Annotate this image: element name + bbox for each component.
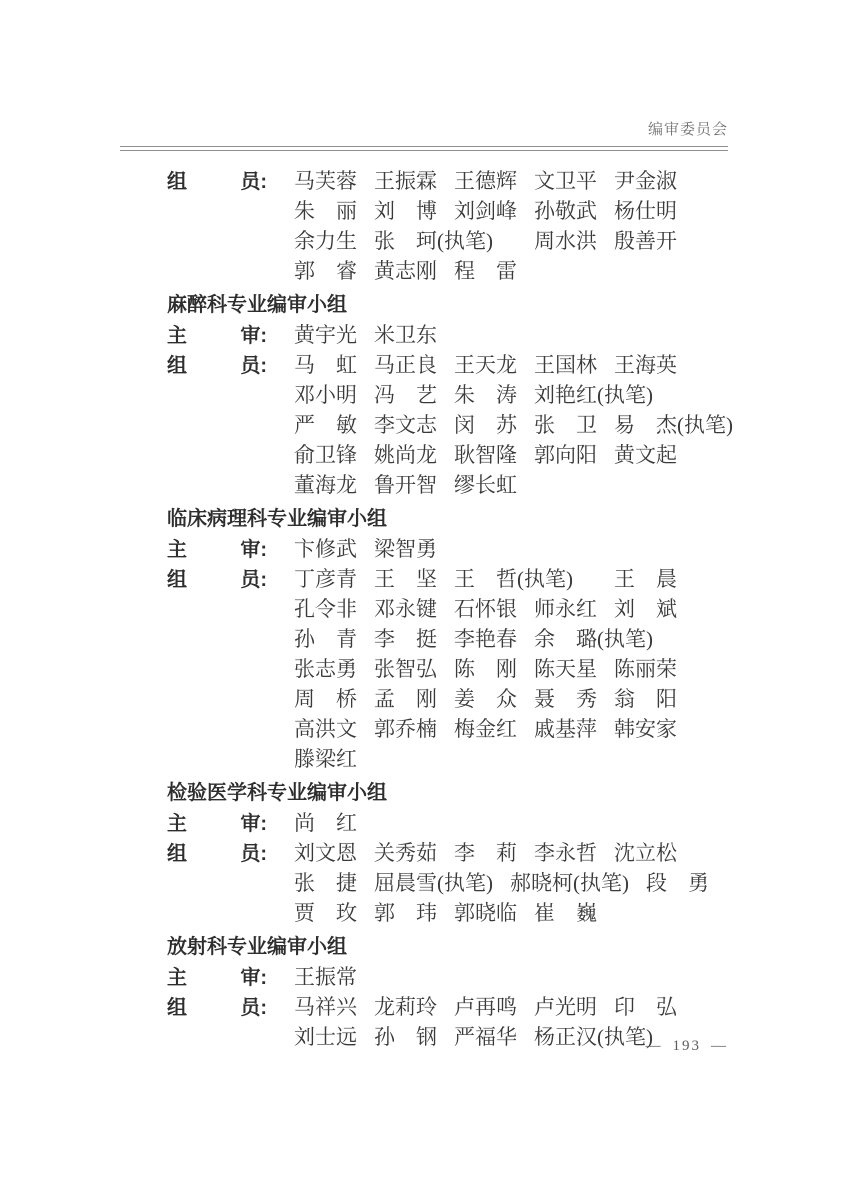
member-name: 杨仕明 — [614, 196, 677, 226]
member-name: 王振常 — [294, 962, 357, 992]
header-double-rule — [120, 146, 728, 151]
member-row: 俞卫锋姚尚龙耿智隆郭向阳黄文起 — [167, 440, 767, 470]
member-name: 孙敬武 — [534, 196, 597, 226]
role-label-rest: 员: — [240, 351, 267, 381]
member-row: 张 捷屈晨雪(执笔)郝晓柯(执笔)段 勇 — [167, 868, 767, 898]
member-name: 印 弘 — [614, 992, 677, 1022]
member-name: 严福华 — [454, 1022, 517, 1052]
member-name: 石怀银 — [454, 594, 517, 624]
section: 组员:马芙蓉王振霖王德辉文卫平尹金淑朱 丽刘 博刘剑峰孙敬武杨仕明余力生张 珂(… — [167, 166, 767, 286]
member-name: 闵 苏 — [454, 410, 517, 440]
member-name: 黄文起 — [614, 440, 677, 470]
member-name: 丁彦青 — [294, 564, 357, 594]
member-row: 周 桥孟 刚姜 众聂 秀翁 阳 — [167, 684, 767, 714]
member-name: 杨正汉(执笔) — [534, 1022, 653, 1052]
member-name: 贾 玫 — [294, 898, 357, 928]
member-name: 易 杰(执笔) — [614, 410, 733, 440]
member-row: 孙 青李 挺李艳春余 璐(执笔) — [167, 624, 767, 654]
member-name: 余力生 — [294, 226, 357, 256]
member-name: 鲁开智 — [374, 470, 437, 500]
member-name: 李 挺 — [374, 624, 437, 654]
member-row: 贾 玫郭 玮郭晓临崔 巍 — [167, 898, 767, 928]
member-name: 冯 艺 — [374, 380, 437, 410]
page-header-title: 编审委员会 — [648, 118, 728, 139]
member-row: 滕梁红 — [167, 744, 767, 774]
page-footer: —193— — [646, 1038, 729, 1055]
member-name: 高洪文 — [294, 714, 357, 744]
member-name: 孙 青 — [294, 624, 357, 654]
role-label-rest: 员: — [240, 565, 267, 595]
member-name: 郝晓柯(执笔) — [510, 868, 629, 898]
member-name: 尹金淑 — [614, 166, 677, 196]
member-name: 关秀茹 — [374, 838, 437, 868]
member-row: 组员:马祥兴龙莉玲卢再鸣卢光明印 弘 — [167, 992, 767, 1022]
member-name: 张 捷 — [294, 868, 357, 898]
member-name: 滕梁红 — [294, 744, 357, 774]
member-name: 翁 阳 — [614, 684, 677, 714]
role-label: 主审: — [167, 321, 267, 351]
member-name: 沈立松 — [614, 838, 677, 868]
role-label-rest: 员: — [240, 839, 267, 869]
role-label-first: 主 — [167, 321, 187, 351]
member-name: 孔令非 — [294, 594, 357, 624]
member-name: 聂 秀 — [534, 684, 597, 714]
member-name: 刘艳红(执笔) — [534, 380, 653, 410]
member-name: 屈晨雪(执笔) — [374, 868, 493, 898]
member-name: 陈天星 — [534, 654, 597, 684]
member-row: 邓小明冯 艺朱 涛刘艳红(执笔) — [167, 380, 767, 410]
member-name: 陈丽荣 — [614, 654, 677, 684]
member-name: 耿智隆 — [454, 440, 517, 470]
role-label: 主审: — [167, 535, 267, 565]
member-name: 孟 刚 — [374, 684, 437, 714]
member-name: 邓永键 — [374, 594, 437, 624]
member-name: 王海英 — [614, 350, 677, 380]
role-label: 组员: — [167, 993, 267, 1023]
member-name: 姜 众 — [454, 684, 517, 714]
page-number: 193 — [663, 1038, 712, 1054]
role-label-first: 组 — [167, 167, 187, 197]
member-name: 段 勇 — [646, 868, 709, 898]
member-name: 李 莉 — [454, 838, 517, 868]
page-content: 组员:马芙蓉王振霖王德辉文卫平尹金淑朱 丽刘 博刘剑峰孙敬武杨仕明余力生张 珂(… — [167, 166, 767, 1052]
member-row: 主审:尚 红 — [167, 808, 767, 838]
member-name: 姚尚龙 — [374, 440, 437, 470]
member-name: 张志勇 — [294, 654, 357, 684]
member-name: 孙 钢 — [374, 1022, 437, 1052]
member-name: 朱 涛 — [454, 380, 517, 410]
section: 临床病理科专业编审小组主审:卞修武梁智勇组员:丁彦青王 坚王 哲(执笔)王 晨孔… — [167, 504, 767, 774]
footer-dash-right: — — [711, 1038, 728, 1054]
role-label-first: 组 — [167, 565, 187, 595]
member-name: 梁智勇 — [374, 534, 437, 564]
member-row: 郭 睿黄志刚程 雷 — [167, 256, 767, 286]
member-name: 郭晓临 — [454, 898, 517, 928]
member-name: 王 晨 — [614, 564, 677, 594]
member-row: 组员:刘文恩关秀茹李 莉李永哲沈立松 — [167, 838, 767, 868]
role-label: 主审: — [167, 963, 267, 993]
role-label-rest: 审: — [240, 535, 267, 565]
member-name: 周 桥 — [294, 684, 357, 714]
member-name: 程 雷 — [454, 256, 517, 286]
member-row: 组员:马 虹马正良王天龙王国林王海英 — [167, 350, 767, 380]
section-title: 麻醉科专业编审小组 — [167, 290, 767, 320]
member-name: 陈 刚 — [454, 654, 517, 684]
member-name: 崔 巍 — [534, 898, 597, 928]
member-row: 组员:马芙蓉王振霖王德辉文卫平尹金淑 — [167, 166, 767, 196]
member-name: 戚基萍 — [534, 714, 597, 744]
member-name: 俞卫锋 — [294, 440, 357, 470]
member-name: 刘 斌 — [614, 594, 677, 624]
member-name: 董海龙 — [294, 470, 357, 500]
role-label: 组员: — [167, 565, 267, 595]
member-row: 主审:黄宇光米卫东 — [167, 320, 767, 350]
member-name: 米卫东 — [374, 320, 437, 350]
footer-dash-left: — — [646, 1038, 663, 1054]
member-row: 严 敏李文志闵 苏张 卫易 杰(执笔) — [167, 410, 767, 440]
member-name: 李文志 — [374, 410, 437, 440]
member-name: 刘文恩 — [294, 838, 357, 868]
member-name: 刘士远 — [294, 1022, 357, 1052]
member-name: 黄志刚 — [374, 256, 437, 286]
member-name: 王振霖 — [374, 166, 437, 196]
member-name: 严 敏 — [294, 410, 357, 440]
member-name: 刘 博 — [374, 196, 437, 226]
member-name: 邓小明 — [294, 380, 357, 410]
member-name: 马 虹 — [294, 350, 357, 380]
role-label: 组员: — [167, 351, 267, 381]
role-label-rest: 审: — [240, 963, 267, 993]
member-row: 孔令非邓永键石怀银师永红刘 斌 — [167, 594, 767, 624]
member-name: 龙莉玲 — [374, 992, 437, 1022]
member-name: 黄宇光 — [294, 320, 357, 350]
role-label: 主审: — [167, 809, 267, 839]
section-title: 检验医学科专业编审小组 — [167, 778, 767, 808]
member-name: 郭 玮 — [374, 898, 437, 928]
member-name: 韩安家 — [614, 714, 677, 744]
role-label-first: 组 — [167, 993, 187, 1023]
role-label-rest: 员: — [240, 993, 267, 1023]
member-name: 王 坚 — [374, 564, 437, 594]
member-name: 王天龙 — [454, 350, 517, 380]
member-name: 殷善开 — [614, 226, 677, 256]
role-label-rest: 审: — [240, 809, 267, 839]
role-label-first: 主 — [167, 963, 187, 993]
role-label-first: 组 — [167, 839, 187, 869]
role-label: 组员: — [167, 167, 267, 197]
member-row: 朱 丽刘 博刘剑峰孙敬武杨仕明 — [167, 196, 767, 226]
member-name: 马正良 — [374, 350, 437, 380]
member-name: 卞修武 — [294, 534, 357, 564]
member-name: 李艳春 — [454, 624, 517, 654]
member-name: 王国林 — [534, 350, 597, 380]
member-name: 尚 红 — [294, 808, 357, 838]
member-name: 郭 睿 — [294, 256, 357, 286]
section-title: 临床病理科专业编审小组 — [167, 504, 767, 534]
member-name: 卢再鸣 — [454, 992, 517, 1022]
member-name: 余 璐(执笔) — [534, 624, 653, 654]
section: 放射科专业编审小组主审:王振常组员:马祥兴龙莉玲卢再鸣卢光明印 弘刘士远孙 钢严… — [167, 932, 767, 1052]
member-row: 董海龙鲁开智缪长虹 — [167, 470, 767, 500]
member-name: 梅金红 — [454, 714, 517, 744]
member-name: 马芙蓉 — [294, 166, 357, 196]
member-name: 张 珂(执笔) — [374, 226, 517, 256]
member-row: 高洪文郭乔楠梅金红戚基萍韩安家 — [167, 714, 767, 744]
member-name: 张 卫 — [534, 410, 597, 440]
member-name: 李永哲 — [534, 838, 597, 868]
role-label-first: 主 — [167, 809, 187, 839]
member-name: 王 哲(执笔) — [454, 564, 597, 594]
member-row: 张志勇张智弘陈 刚陈天星陈丽荣 — [167, 654, 767, 684]
member-name: 马祥兴 — [294, 992, 357, 1022]
section: 检验医学科专业编审小组主审:尚 红组员:刘文恩关秀茹李 莉李永哲沈立松张 捷屈晨… — [167, 778, 767, 928]
member-name: 卢光明 — [534, 992, 597, 1022]
member-name: 缪长虹 — [454, 470, 517, 500]
section-title: 放射科专业编审小组 — [167, 932, 767, 962]
member-row: 组员:丁彦青王 坚王 哲(执笔)王 晨 — [167, 564, 767, 594]
role-label-rest: 审: — [240, 321, 267, 351]
member-row: 余力生张 珂(执笔)周水洪殷善开 — [167, 226, 767, 256]
member-name: 郭乔楠 — [374, 714, 437, 744]
role-label-first: 组 — [167, 351, 187, 381]
member-name: 刘剑峰 — [454, 196, 517, 226]
member-name: 文卫平 — [534, 166, 597, 196]
member-name: 王德辉 — [454, 166, 517, 196]
role-label: 组员: — [167, 839, 267, 869]
member-name: 朱 丽 — [294, 196, 357, 226]
section: 麻醉科专业编审小组主审:黄宇光米卫东组员:马 虹马正良王天龙王国林王海英邓小明冯… — [167, 290, 767, 500]
role-label-rest: 员: — [240, 167, 267, 197]
member-name: 周水洪 — [534, 226, 597, 256]
member-name: 张智弘 — [374, 654, 437, 684]
member-row: 主审:王振常 — [167, 962, 767, 992]
role-label-first: 主 — [167, 535, 187, 565]
member-row: 主审:卞修武梁智勇 — [167, 534, 767, 564]
member-name: 师永红 — [534, 594, 597, 624]
member-name: 郭向阳 — [534, 440, 597, 470]
